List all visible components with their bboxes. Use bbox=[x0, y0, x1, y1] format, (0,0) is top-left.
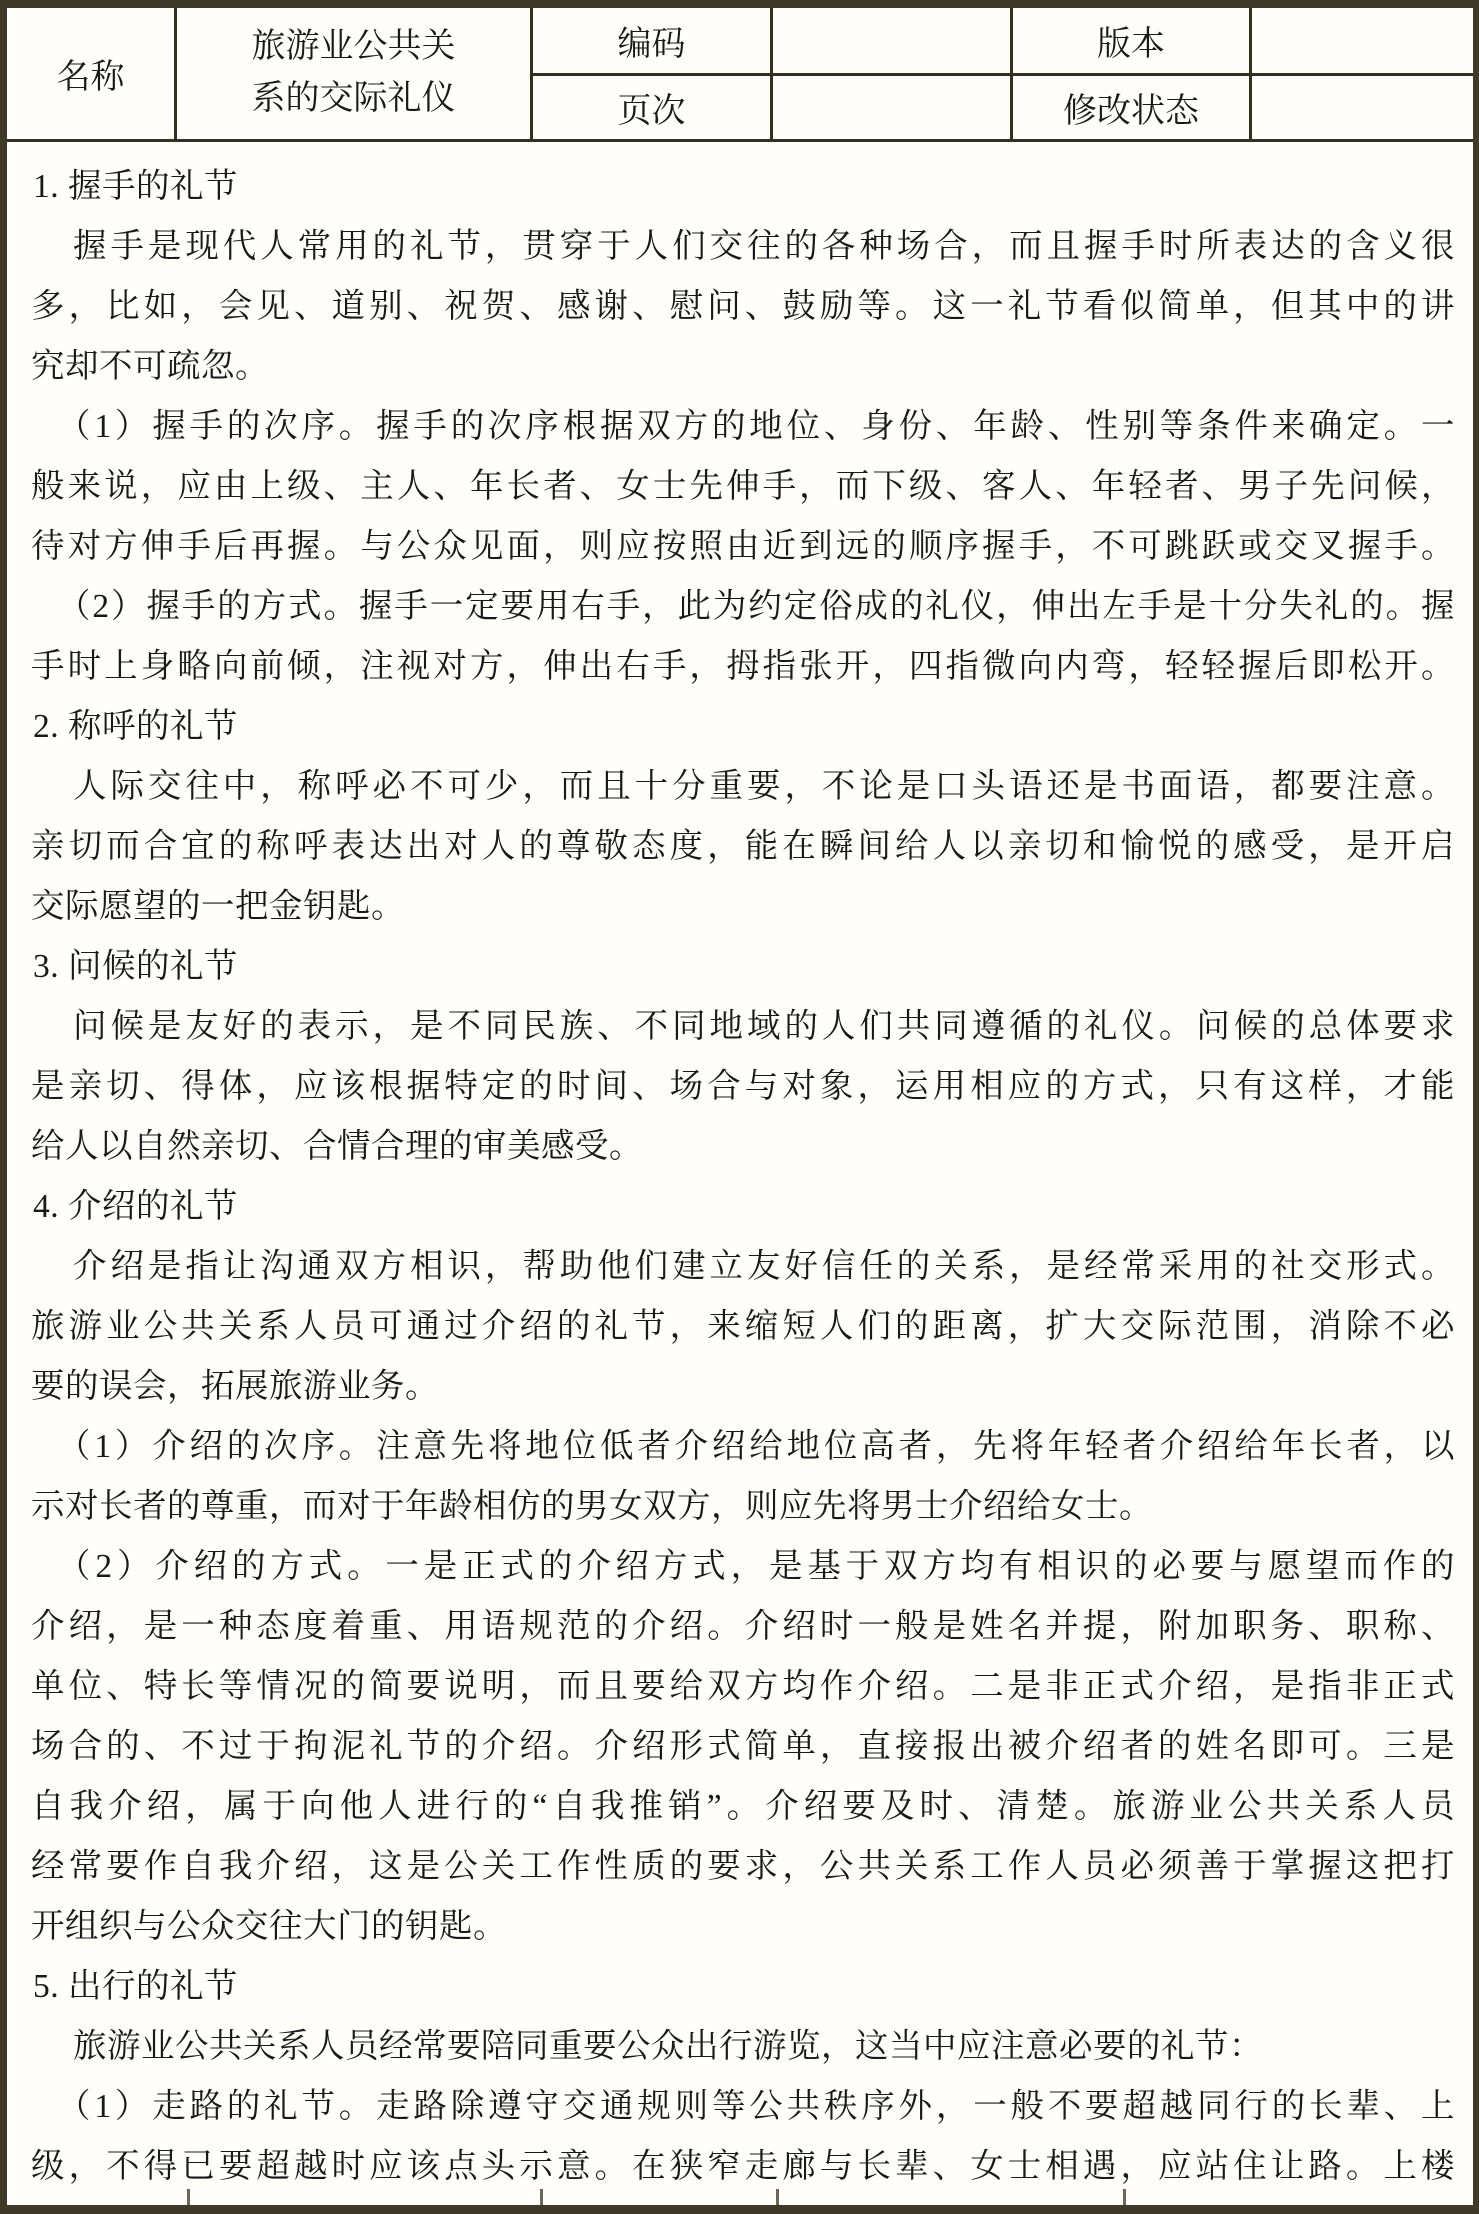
text-line: 介绍是指让沟通双方相识，帮助他们建立友好信任的关系，是经常采用的社交形式。 bbox=[31, 1237, 1455, 1297]
text-line: 亲切而合宜的称呼表达出对人的尊敬态度，能在瞬间给人以亲切和愉悦的感受，是开启 bbox=[31, 817, 1455, 877]
text-line: 单位、特长等情况的简要说明，而且要给双方均作介绍。二是非正式介绍，是指非正式 bbox=[31, 1657, 1455, 1717]
text-line: 旅游业公共关系人员经常要陪同重要公众出行游览，这当中应注意必要的礼节： bbox=[31, 2017, 1455, 2077]
text-line: 经常要作自我介绍，这是公关工作性质的要求，公共关系工作人员必须善于掌握这把打 bbox=[31, 1837, 1455, 1897]
text-line: 开组织与公众交往大门的钥匙。 bbox=[31, 1897, 1455, 1957]
page-value-cell bbox=[772, 74, 1012, 140]
section-heading: 4. 介绍的礼节 bbox=[31, 1177, 1455, 1237]
text-line: 场合的、不过于拘泥礼节的介绍。介绍形式简单，直接报出被介绍者的姓名即可。三是 bbox=[31, 1717, 1455, 1777]
text-line: 示对长者的尊重，而对于年龄相仿的男女双方，则应先将男士介绍给女士。 bbox=[31, 1477, 1455, 1537]
text-line: 介绍，是一种态度着重、用语规范的介绍。介绍时一般是姓名并提，附加职务、职称、 bbox=[31, 1597, 1455, 1657]
page-label: 页次 bbox=[618, 93, 686, 130]
code-label: 编码 bbox=[618, 26, 686, 63]
text-line: 旅游业公共关系人员可通过介绍的礼节，来缩短人们的距离，扩大交际范围，消除不必 bbox=[31, 1297, 1455, 1357]
doc-title-line1: 旅游业公共关 bbox=[177, 21, 530, 73]
text-line: （2）介绍的方式。一是正式的介绍方式，是基于双方均有相识的必要与愿望而作的 bbox=[31, 1537, 1455, 1597]
page-label-cell: 页次 bbox=[532, 74, 772, 140]
section-heading: 2. 称呼的礼节 bbox=[31, 697, 1455, 757]
doc-title-cell: 旅游业公共关 系的交际礼仪 bbox=[176, 8, 532, 140]
text-line: 握手是现代人常用的礼节，贯穿于人们交往的各种场合，而且握手时所表达的含义很 bbox=[31, 217, 1455, 277]
version-label: 版本 bbox=[1097, 26, 1165, 63]
text-line: （1）走路的礼节。走路除遵守交通规则等公共秩序外，一般不要超越同行的长辈、上 bbox=[31, 2077, 1455, 2137]
table-column-tick bbox=[1123, 2189, 1126, 2205]
name-label-cell: 名称 bbox=[7, 8, 176, 140]
text-line: 手时上身略向前倾，注视对方，伸出右手，拇指张开，四指微向内弯，轻轻握后即松开。 bbox=[31, 637, 1455, 697]
text-line: 人际交往中，称呼必不可少，而且十分重要，不论是口头语还是书面语，都要注意。 bbox=[31, 757, 1455, 817]
table-column-tick bbox=[540, 2189, 543, 2205]
doc-title-line2: 系的交际礼仪 bbox=[177, 73, 530, 125]
text-line: 交际愿望的一把金钥匙。 bbox=[31, 877, 1455, 937]
text-line: 待对方伸手后再握。与公众见面，则应按照由近到远的顺序握手，不可跳跃或交叉握手。 bbox=[31, 517, 1455, 577]
table-column-tick bbox=[187, 2189, 190, 2205]
text-line: 是亲切、得体，应该根据特定的时间、场合与对象，运用相应的方式，只有这样，才能 bbox=[31, 1057, 1455, 1117]
text-line: 问候是友好的表示，是不同民族、不同地域的人们共同遵循的礼仪。问候的总体要求 bbox=[31, 997, 1455, 1057]
table-column-tick bbox=[776, 2189, 779, 2205]
section-heading: 5. 出行的礼节 bbox=[31, 1957, 1455, 2017]
revision-label-cell: 修改状态 bbox=[1012, 74, 1251, 140]
text-line: 多，比如，会见、道别、祝贺、感谢、慰问、鼓励等。这一礼节看似简单，但其中的讲 bbox=[31, 277, 1455, 337]
version-value-cell bbox=[1251, 8, 1474, 74]
revision-value-cell bbox=[1251, 74, 1474, 140]
text-line: （2）握手的方式。握手一定要用右手，此为约定俗成的礼仪，伸出左手是十分失礼的。握 bbox=[31, 577, 1455, 637]
code-value-cell bbox=[772, 8, 1012, 74]
section-heading: 3. 问候的礼节 bbox=[31, 937, 1455, 997]
version-label-cell: 版本 bbox=[1012, 8, 1251, 74]
header-row-1: 名称 旅游业公共关 系的交际礼仪 编码 版本 bbox=[7, 8, 1473, 74]
text-line: 要的误会，拓展旅游业务。 bbox=[31, 1357, 1455, 1417]
code-label-cell: 编码 bbox=[532, 8, 772, 74]
text-line: 究却不可疏忽。 bbox=[31, 337, 1455, 397]
name-label: 名称 bbox=[57, 59, 125, 96]
revision-label: 修改状态 bbox=[1063, 93, 1199, 130]
text-line: 般来说，应由上级、主人、年长者、女士先伸手，而下级、客人、年轻者、男子先问候， bbox=[31, 457, 1455, 517]
text-line: （1）握手的次序。握手的次序根据双方的地位、身份、年龄、性别等条件来确定。一 bbox=[31, 397, 1455, 457]
section-heading: 1. 握手的礼节 bbox=[31, 157, 1455, 217]
document-page: 名称 旅游业公共关 系的交际礼仪 编码 版本 bbox=[7, 8, 1473, 2205]
text-line: （1）介绍的次序。注意先将地位低者介绍给地位高者，先将年轻者介绍给年长者，以 bbox=[31, 1417, 1455, 1477]
text-line: 自我介绍，属于向他人进行的“自我推销”。介绍要及时、清楚。旅游业公共关系人员 bbox=[31, 1777, 1455, 1837]
page-frame: 名称 旅游业公共关 系的交际礼仪 编码 版本 bbox=[0, 0, 1479, 2214]
text-line: 级，不得已要超越时应该点头示意。在狭窄走廊与长辈、女士相遇，应站住让路。上楼 bbox=[31, 2137, 1455, 2197]
document-body: 1. 握手的礼节握手是现代人常用的礼节，贯穿于人们交往的各种场合，而且握手时所表… bbox=[7, 142, 1473, 2197]
text-line: 给人以自然亲切、合情合理的审美感受。 bbox=[31, 1117, 1455, 1177]
header-table: 名称 旅游业公共关 系的交际礼仪 编码 版本 bbox=[7, 8, 1473, 142]
